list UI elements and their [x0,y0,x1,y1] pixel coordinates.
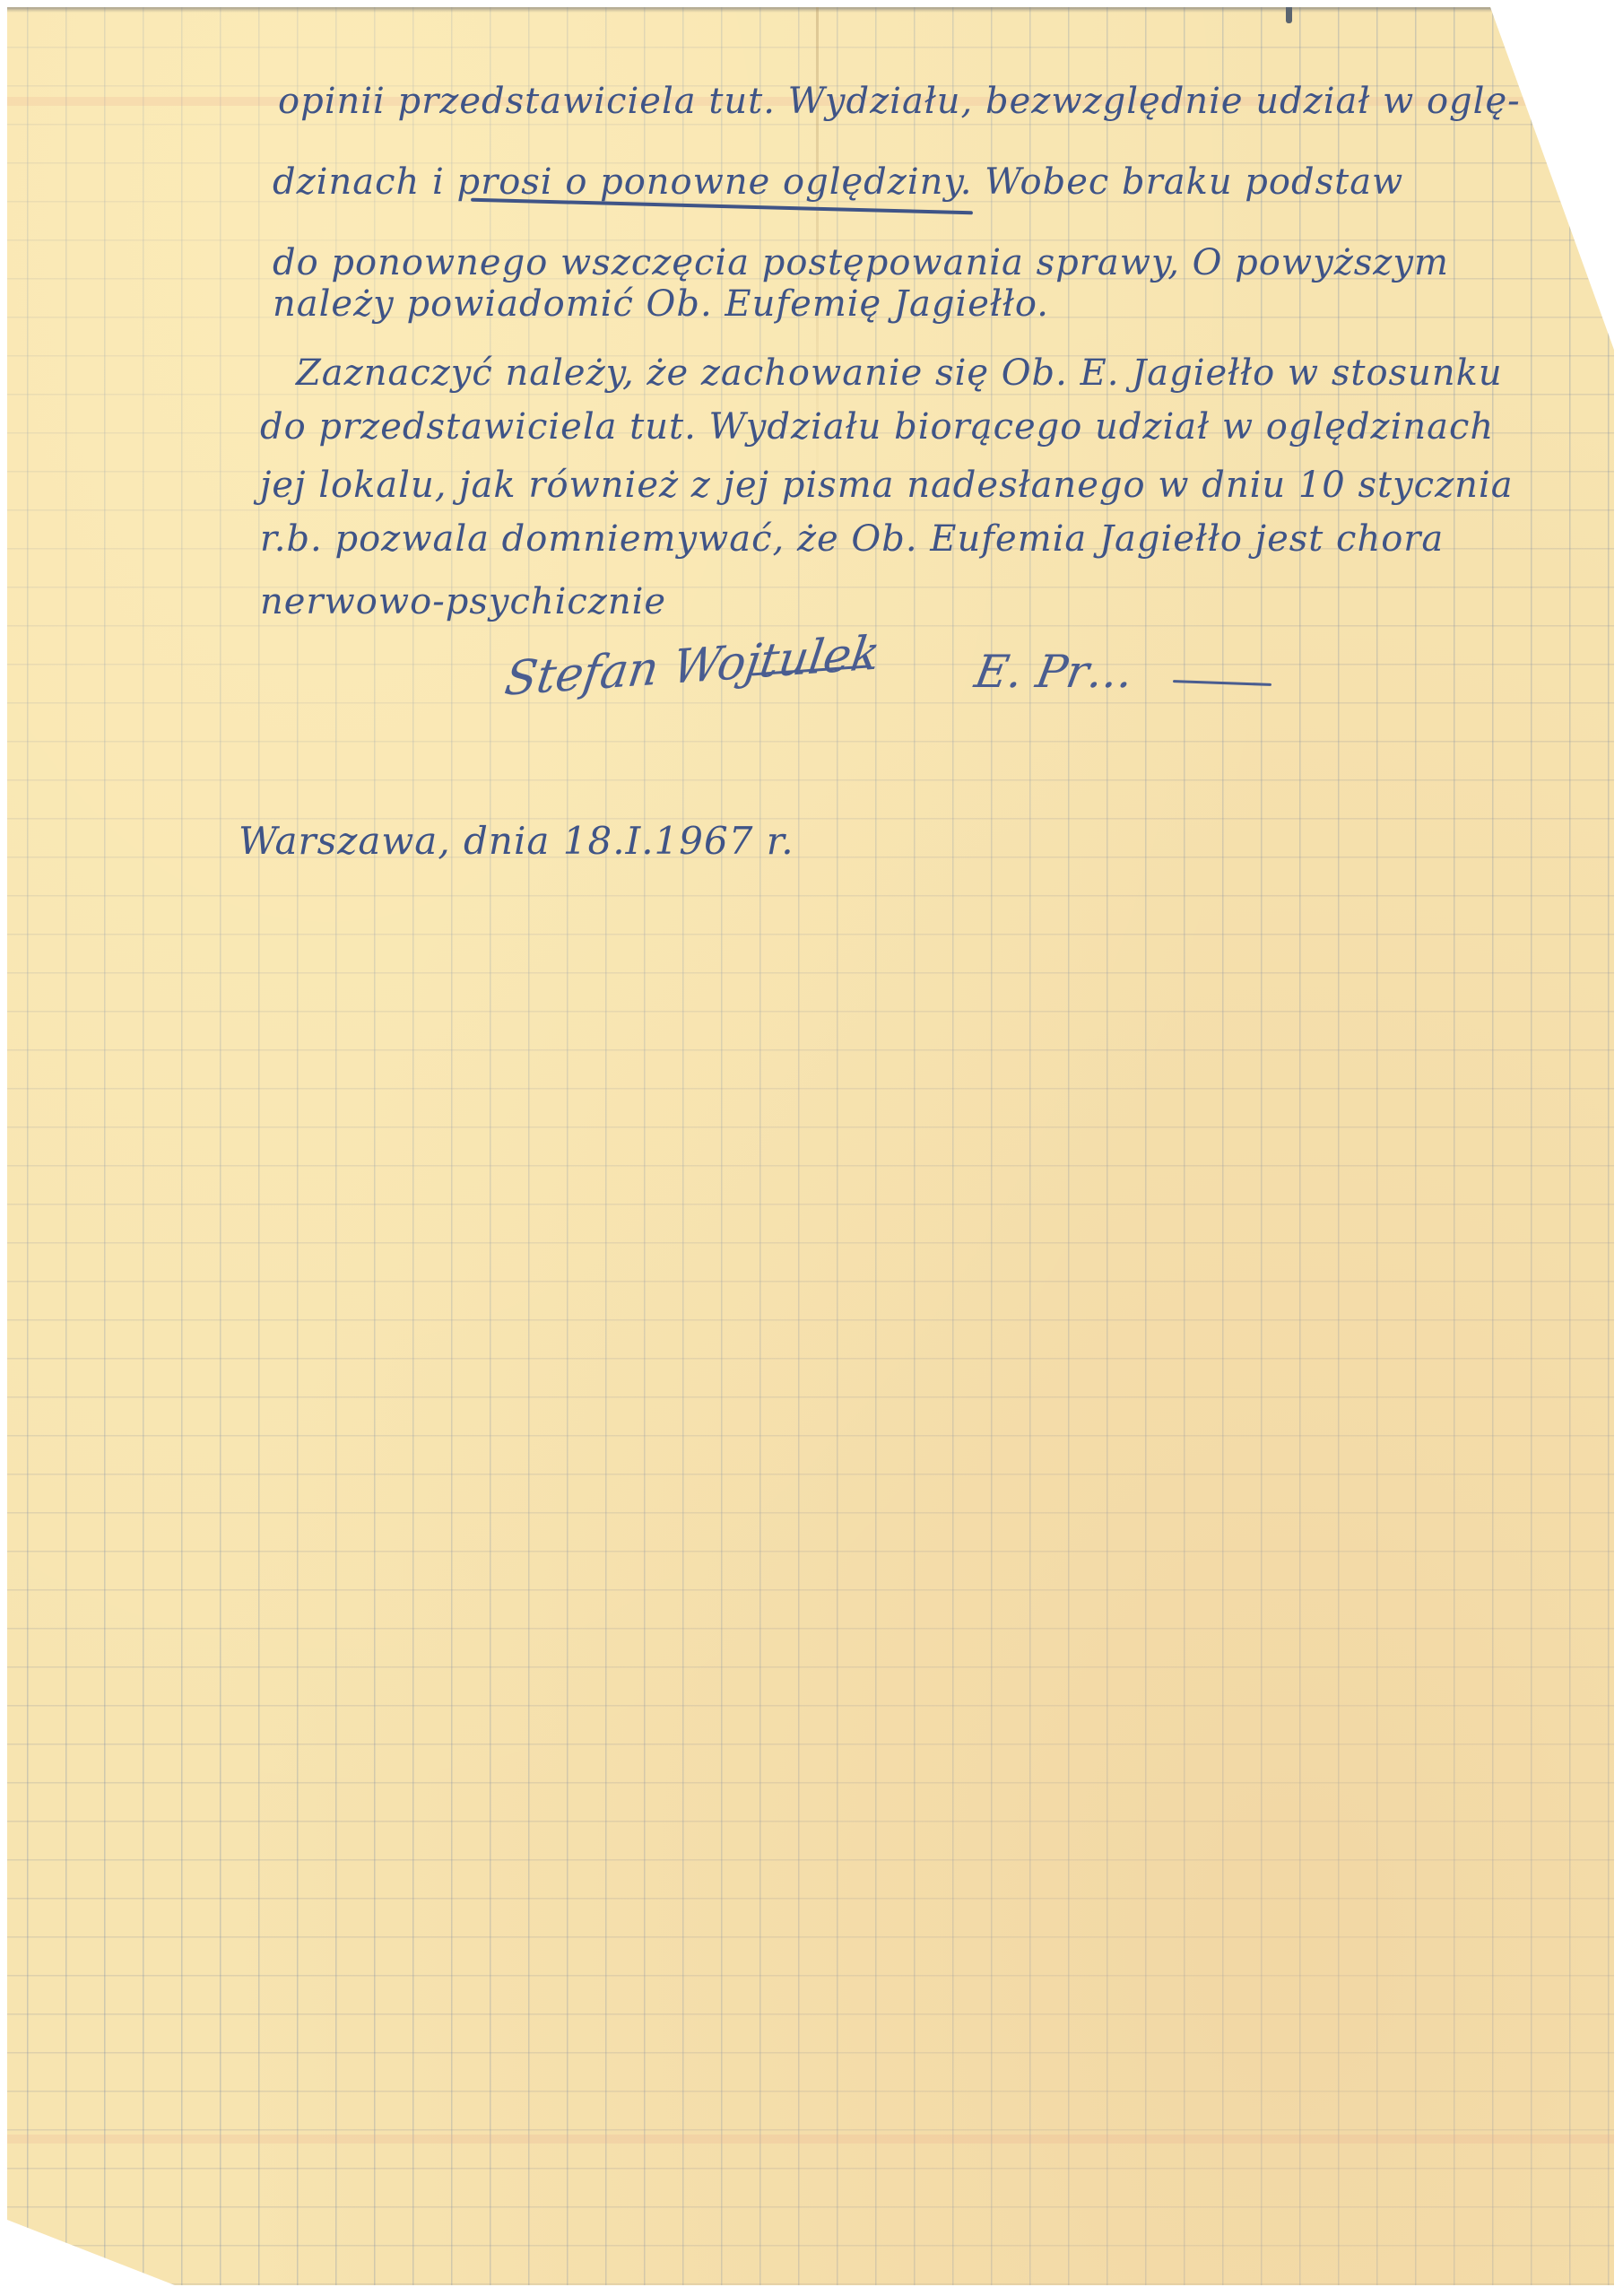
text-line-6: do przedstawiciela tut. Wydziału biorące… [260,406,1494,448]
date-line: Warszawa, dnia 18.I.1967 r. [239,819,794,863]
text-line-1: opinii przedstawiciela tut. Wydziału, be… [278,81,1521,122]
text-line-5: Zaznaczyć należy, że zachowanie się Ob. … [296,352,1503,394]
signature-flourish [1173,680,1271,686]
paper-stain-band [7,2135,1614,2144]
text-line-8: r.b. pozwala domniemywać, że Ob. Eufemia… [260,518,1444,560]
text-line-3: do ponownego wszczęcia postępowania spra… [273,242,1449,283]
signature-1: Stefan Wojtulek [501,626,883,707]
text-line-9: nerwowo-psychicznie [260,581,666,622]
text-line-2: dzinach i prosi o ponowne oględziny. Wob… [273,161,1403,203]
signature-2: E. Pr… [971,646,1138,698]
text-line-4: należy powiadomić Ob. Eufemię Jagiełło. [273,283,1049,325]
paper-sheet: opinii przedstawiciela tut. Wydziału, be… [7,7,1614,2285]
top-edge-mark [1286,7,1292,23]
text-line-7: jej lokalu, jak również z jej pisma nade… [260,465,1514,506]
